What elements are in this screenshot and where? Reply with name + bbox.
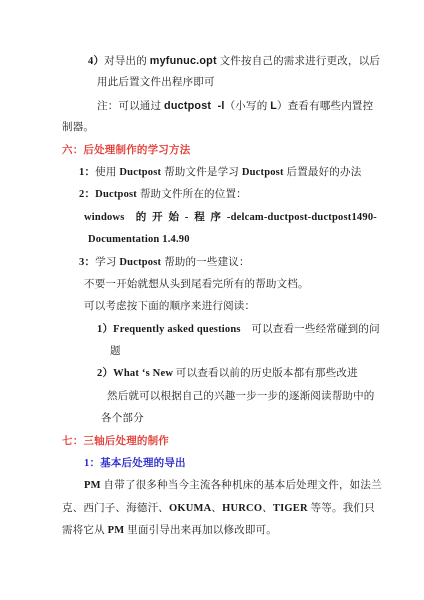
product-abbr: PM <box>84 480 101 491</box>
menu-path-text: Documentation 1.4.90 <box>88 234 190 245</box>
body-text: 不要一开始就想从头到尾看完所有的帮助文档。 <box>84 279 309 290</box>
body-text: 里面引导出来再加以修改即可。 <box>124 525 277 536</box>
body-text: 等等。我们只 <box>308 503 375 514</box>
section-heading-7: 七：三轴后处理的制作 <box>62 431 364 453</box>
product-name: Ductpost <box>119 167 161 178</box>
subsection-heading: 1：基本后处理的导出 <box>62 453 364 475</box>
body-text: 帮助文件所在的位置： <box>137 189 247 200</box>
body-text: 然后就可以根据自己的兴趣一步一步的逐渐阅读帮助中的 <box>107 391 375 402</box>
numbered-item-1: 1：使用 Ductpost 帮助文件是学习 Ductpost 后置最好的办法 <box>62 162 364 184</box>
command-text: ductpost -l <box>164 100 225 112</box>
machine-brand: OKUMA <box>169 503 211 514</box>
list-number: 4） <box>88 56 104 67</box>
numbered-item-3: 3：学习 Ductpost 帮助的一些建议： <box>62 252 364 274</box>
list-item-4-line2: 用此后置文件出程序即可 <box>62 72 364 94</box>
body-text: ）查看有哪些内置控 <box>277 101 373 112</box>
menu-path-text: windows 的 开 始 - 程 序 -delcam-ductpost-duc… <box>84 212 377 223</box>
body-text: 使用 <box>95 167 119 178</box>
body-text: 各个部分 <box>101 413 144 424</box>
list-number: 1） <box>97 324 113 335</box>
help-topic-name: Frequently asked questions <box>113 324 241 335</box>
body-text: 自带了很多种当今主流各种机床的基本后处理文件，如法兰 <box>101 480 382 491</box>
body-text: 、 <box>262 503 273 514</box>
body-text: 对导出的 <box>104 56 150 67</box>
letter-text: L <box>270 100 277 112</box>
filename-text: myfunuc.opt <box>150 55 217 67</box>
machine-brand: HURCO <box>222 503 262 514</box>
body-text: 克、西门子、海德汗、 <box>62 503 169 514</box>
path-line1: windows 的 开 始 - 程 序 -delcam-ductpost-duc… <box>62 207 364 229</box>
heading-text: 七：三轴后处理的制作 <box>62 436 169 447</box>
section-heading-6: 六：后处理制作的学习方法 <box>62 140 364 162</box>
body-text: 帮助文件是学习 <box>161 167 242 178</box>
paragraph-line2: 克、西门子、海德汗、OKUMA、HURCO、TIGER 等等。我们只 <box>62 498 364 520</box>
body-text: 题 <box>110 346 121 357</box>
sub-item-2-line1: 2）What ‘s New 可以查看以前的历史版本都有那些改进 <box>62 363 364 385</box>
body-text: 注：可以通过 <box>97 101 164 112</box>
sub-item-2-line2: 然后就可以根据自己的兴趣一步一步的逐渐阅读帮助中的 <box>62 386 364 408</box>
product-name: Ductpost <box>95 189 137 200</box>
document-page: 4）对导出的 myfunuc.opt 文件按自己的需求进行更改，以后 用此后置文… <box>0 0 424 600</box>
body-text: 学习 <box>95 257 119 268</box>
body-text: 制器。 <box>62 122 94 133</box>
product-name: Ductpost <box>119 257 161 268</box>
help-topic-name: What ‘s New <box>113 368 173 379</box>
sub-item-1-line1: 1）Frequently asked questions 可以查看一些经常碰到的… <box>62 319 364 341</box>
paragraph-line3: 需将它从 PM 里面引导出来再加以修改即可。 <box>62 520 364 542</box>
body-text: 用此后置文件出程序即可 <box>97 77 215 88</box>
body-text: 需将它从 <box>62 525 108 536</box>
list-number: 2） <box>97 368 113 379</box>
body-text: 可以考虑按下面的顺序来进行阅读： <box>84 301 255 312</box>
paragraph-line1: PM 自带了很多种当今主流各种机床的基本后处理文件，如法兰 <box>62 475 364 497</box>
body-text: 后置最好的办法 <box>284 167 362 178</box>
body-text: 可以查看以前的历史版本都有那些改进 <box>173 368 358 379</box>
body-text: （小写的 <box>225 101 271 112</box>
note-line2: 制器。 <box>62 117 364 139</box>
advice-line2: 可以考虑按下面的顺序来进行阅读： <box>62 296 364 318</box>
numbered-item-2: 2：Ductpost 帮助文件所在的位置： <box>62 184 364 206</box>
note-line1: 注：可以通过 ductpost -l（小写的 L）查看有哪些内置控 <box>62 95 364 117</box>
sub-item-1-line2: 题 <box>62 341 364 363</box>
body-text: 帮助的一些建议： <box>161 257 249 268</box>
sub-item-2-line3: 各个部分 <box>62 408 364 430</box>
heading-text: 1：基本后处理的导出 <box>84 458 186 469</box>
list-number: 1： <box>79 167 95 178</box>
body-text: 、 <box>211 503 222 514</box>
heading-text: 六：后处理制作的学习方法 <box>62 145 190 156</box>
path-line2: Documentation 1.4.90 <box>62 229 364 251</box>
list-number: 2： <box>79 189 95 200</box>
advice-line1: 不要一开始就想从头到尾看完所有的帮助文档。 <box>62 274 364 296</box>
product-abbr: PM <box>108 525 125 536</box>
list-number: 3： <box>79 257 95 268</box>
product-name: Ductpost <box>242 167 284 178</box>
body-text: 文件按自己的需求进行更改，以后 <box>217 56 380 67</box>
list-item-4-line1: 4）对导出的 myfunuc.opt 文件按自己的需求进行更改，以后 <box>62 50 364 72</box>
machine-brand: TIGER <box>273 503 308 514</box>
body-text: 可以查看一些经常碰到的问 <box>241 324 380 335</box>
